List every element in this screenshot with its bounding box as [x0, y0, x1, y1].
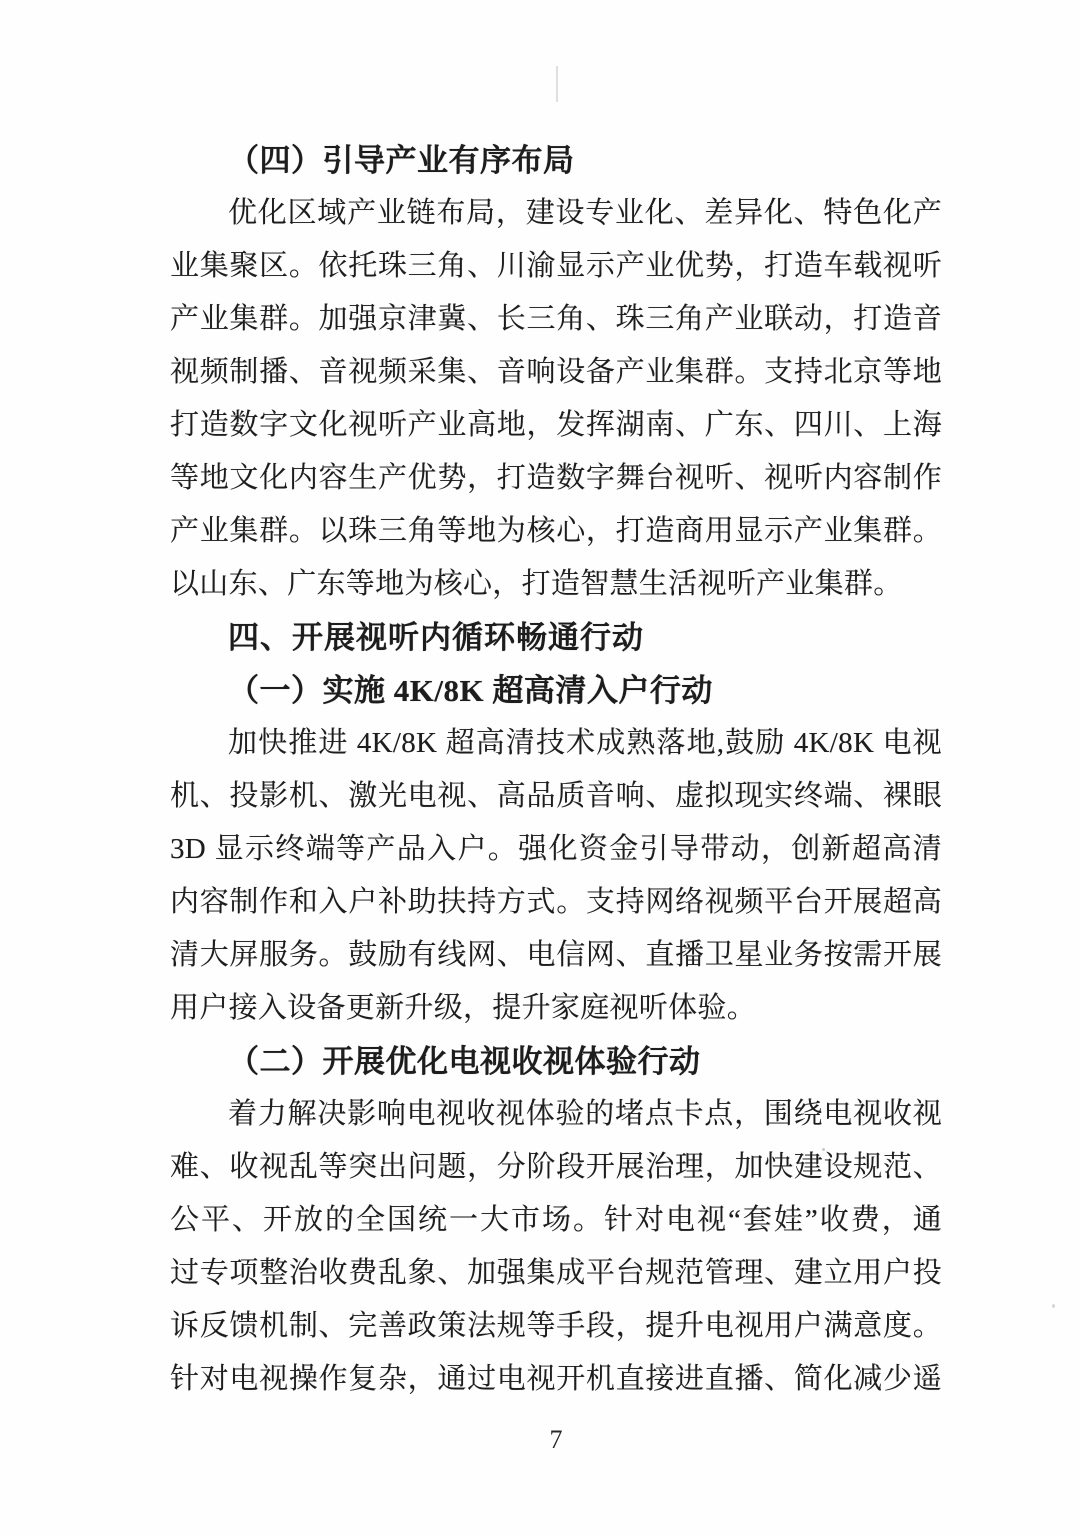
- document-page: （四）引导产业有序布局优化区域产业链布局，建设专业化、差异化、特色化产业集聚区。…: [0, 0, 1080, 1537]
- body-line: 打造数字文化视听产业高地，发挥湖南、广东、四川、上海: [170, 399, 942, 452]
- body-line: 公平、开放的全国统一大市场。针对电视“套娃”收费，通: [170, 1194, 942, 1247]
- section-heading: （四）引导产业有序布局: [228, 134, 942, 187]
- body-line: 难、收视乱等突出问题，分阶段开展治理，加快建设规范、: [170, 1141, 942, 1194]
- body-line: 业集聚区。依托珠三角、川渝显示产业优势，打造车载视听: [170, 240, 942, 293]
- body-line: 以山东、广东等地为核心，打造智慧生活视听产业集群。: [170, 558, 942, 611]
- section-heading: （二）开展优化电视收视体验行动: [228, 1035, 942, 1088]
- body-line: 3D 显示终端等产品入户。强化资金引导带动，创新超高清: [170, 823, 942, 876]
- body-line: 诉反馈机制、完善政策法规等手段，提升电视用户满意度。: [170, 1300, 942, 1353]
- body-line: 产业集群。加强京津冀、长三角、珠三角产业联动，打造音: [170, 293, 942, 346]
- body-line: 视频制播、音视频采集、音响设备产业集群。支持北京等地: [170, 346, 942, 399]
- body-line: 清大屏服务。鼓励有线网、电信网、直播卫星业务按需开展: [170, 929, 942, 982]
- scan-artifact-line: [556, 66, 558, 102]
- body-line: 用户接入设备更新升级，提升家庭视听体验。: [170, 982, 942, 1035]
- body-line: 加快推进 4K/8K 超高清技术成熟落地,鼓励 4K/8K 电视: [170, 717, 942, 770]
- body-line: 等地文化内容生产优势，打造数字舞台视听、视听内容制作: [170, 452, 942, 505]
- document-content: （四）引导产业有序布局优化区域产业链布局，建设专业化、差异化、特色化产业集聚区。…: [170, 134, 942, 1406]
- body-line: 针对电视操作复杂，通过电视开机直接进直播、简化减少遥: [170, 1353, 942, 1406]
- body-line: 过专项整治收费乱象、加强集成平台规范管理、建立用户投: [170, 1247, 942, 1300]
- body-line: 产业集群。以珠三角等地为核心，打造商用显示产业集群。: [170, 505, 942, 558]
- page-number: 7: [170, 1424, 942, 1456]
- section-heading: （一）实施 4K/8K 超高清入户行动: [228, 664, 942, 717]
- body-line: 优化区域产业链布局，建设专业化、差异化、特色化产: [170, 187, 942, 240]
- scan-artifact-speck: [1052, 1304, 1055, 1308]
- body-line: 机、投影机、激光电视、高品质音响、虚拟现实终端、裸眼: [170, 770, 942, 823]
- body-line: 内容制作和入户补助扶持方式。支持网络视频平台开展超高: [170, 876, 942, 929]
- section-heading: 四、开展视听内循环畅通行动: [228, 611, 942, 664]
- body-line: 着力解决影响电视收视体验的堵点卡点，围绕电视收视: [170, 1088, 942, 1141]
